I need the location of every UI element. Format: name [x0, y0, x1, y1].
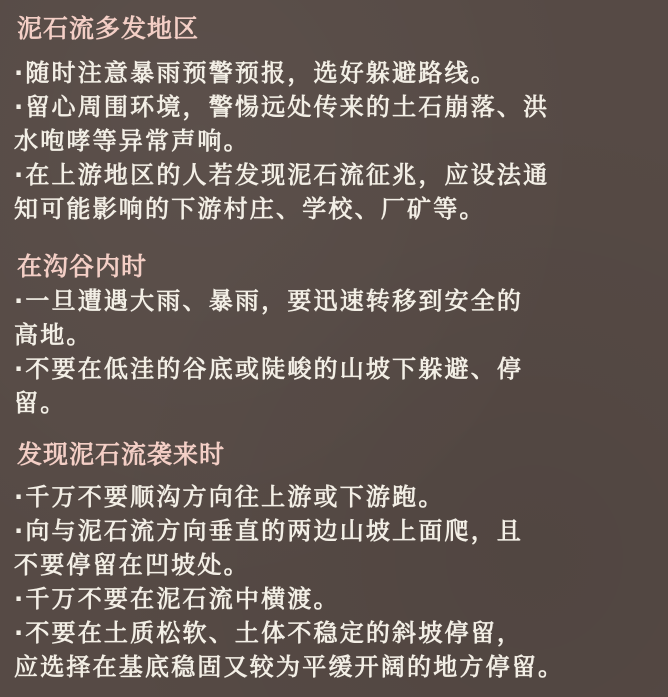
- text-line: ·不要在土质松软、土体不稳定的斜坡停留，: [14, 618, 523, 648]
- section-heading-mudflow-prone-area: 泥石流多发地区: [17, 14, 199, 44]
- text-line: ·向与泥石流方向垂直的两边山坡上面爬，且: [14, 516, 523, 546]
- text-line: 应选择在基底稳固又较为平缓开阔的地方停留。: [14, 652, 564, 682]
- text-line: ·千万不要在泥石流中横渡。: [14, 584, 340, 614]
- text-line: 不要停留在凹坡处。: [14, 550, 250, 580]
- document-page: 泥石流多发地区 ·随时注意暴雨预警预报，选好躲避路线。 ·留心周围环境，警惕远处…: [0, 0, 668, 697]
- text-line: 知可能影响的下游村庄、学校、厂矿等。: [14, 194, 486, 224]
- text-line: ·在上游地区的人若发现泥石流征兆，应设法通: [14, 160, 549, 190]
- text-line: 留。: [14, 388, 66, 418]
- section-heading-mudflow-approaching: 发现泥石流袭来时: [17, 440, 225, 470]
- text-line: ·随时注意暴雨预警预报，选好躲避路线。: [14, 58, 497, 88]
- section-heading-in-valley: 在沟谷内时: [17, 252, 147, 282]
- text-line: ·千万不要顺沟方向往上游或下游跑。: [14, 482, 445, 512]
- text-line: ·留心周围环境，警惕远处传来的土石崩落、洪: [14, 92, 549, 122]
- text-line: ·一旦遭遇大雨、暴雨，要迅速转移到安全的: [14, 286, 523, 316]
- text-line: 高地。: [14, 320, 93, 350]
- text-line: 水咆哮等异常声响。: [14, 126, 250, 156]
- text-line: ·不要在低洼的谷底或陡峻的山坡下躲避、停: [14, 354, 523, 384]
